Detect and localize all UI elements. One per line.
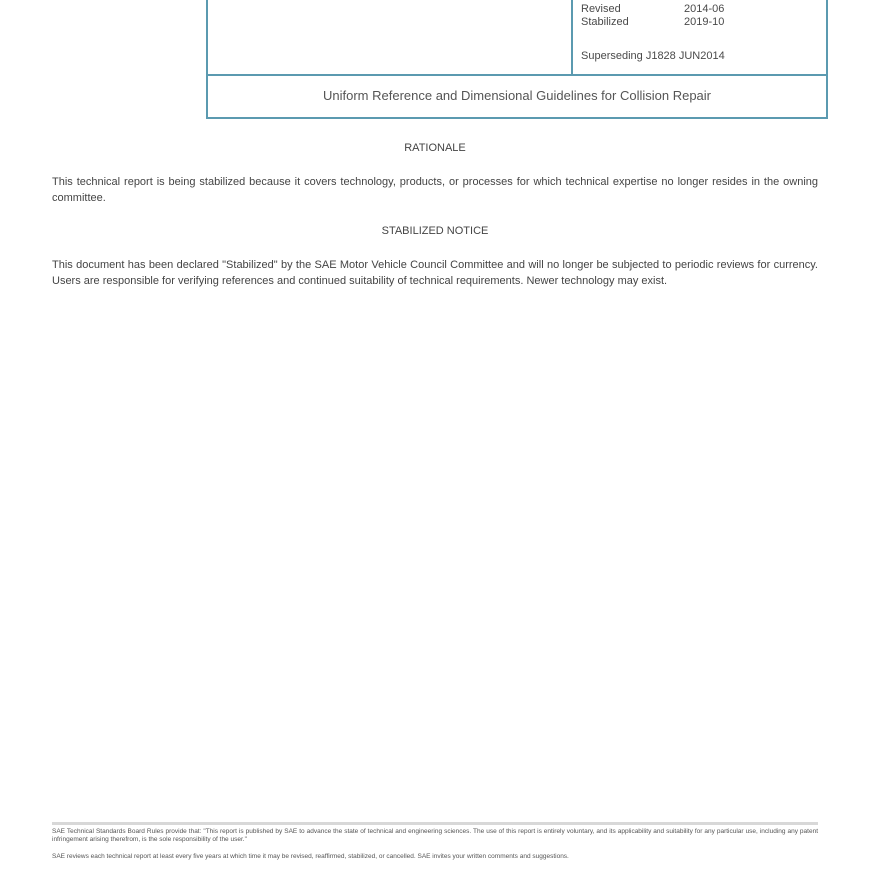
document-header-box: Revised2014-06 Stabilized2019-10 Superse…	[206, 0, 828, 119]
superseding-note: Superseding J1828 JUN2014	[581, 50, 725, 62]
header-meta-panel: Revised2014-06 Stabilized2019-10 Superse…	[571, 0, 826, 74]
footer-rules-text: SAE Technical Standards Board Rules prov…	[52, 828, 818, 844]
revised-value: 2014-06	[684, 3, 724, 15]
stabilized-notice-heading: STABILIZED NOTICE	[0, 225, 870, 237]
stabilized-label: Stabilized	[581, 16, 684, 28]
rationale-heading: RATIONALE	[0, 142, 870, 154]
document-title: Uniform Reference and Dimensional Guidel…	[208, 88, 826, 103]
revised-label: Revised	[581, 3, 684, 15]
rationale-text: This technical report is being stabilize…	[52, 174, 818, 206]
stabilized-notice-text: This document has been declared "Stabili…	[52, 257, 818, 289]
stabilized-row: Stabilized2019-10	[581, 16, 724, 28]
stabilized-value: 2019-10	[684, 16, 724, 28]
revised-row: Revised2014-06	[581, 3, 724, 15]
header-top-section: Revised2014-06 Stabilized2019-10 Superse…	[208, 0, 826, 76]
footer-review-text: SAE reviews each technical report at lea…	[52, 853, 818, 861]
footer-divider	[52, 822, 818, 825]
